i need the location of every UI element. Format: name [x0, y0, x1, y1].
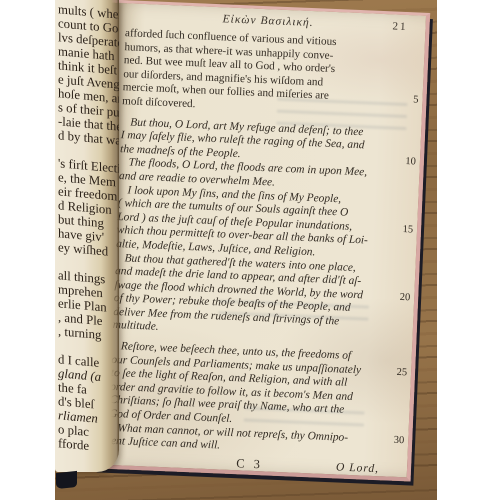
text-line-content: multitude. [113, 319, 159, 333]
left-page-fore-edge: mults ( wherecount to Godlvs deſperatema… [55, 0, 119, 472]
margin-line-number: 30 [393, 433, 404, 447]
page-text-block: afforded ſuch confluence of various and … [93, 24, 426, 462]
signature-mark: C 3 [236, 456, 263, 471]
right-page: Εἰκὼν Βασιλική. 21 afforded ſuch conflue… [92, 0, 430, 482]
left-page-text-fragments: mults ( wherecount to Godlvs deſperatema… [55, 0, 119, 456]
page-number: 21 [392, 20, 407, 33]
margin-line-number: 25 [396, 366, 407, 380]
margin-line-number: 15 [402, 223, 413, 237]
catchword: O Lord, [336, 461, 379, 475]
text-line-content: moſt diſcovered. [122, 95, 196, 110]
book-cover-edge [56, 471, 77, 489]
margin-line-number: 5 [413, 94, 419, 108]
margin-line-number: 10 [405, 155, 416, 169]
margin-line-number: 20 [399, 291, 410, 305]
running-title: Εἰκὼν Βασιλική. [222, 13, 313, 29]
book-photo: Εἰκὼν Βασιλική. 21 afforded ſuch conflue… [55, 0, 437, 500]
